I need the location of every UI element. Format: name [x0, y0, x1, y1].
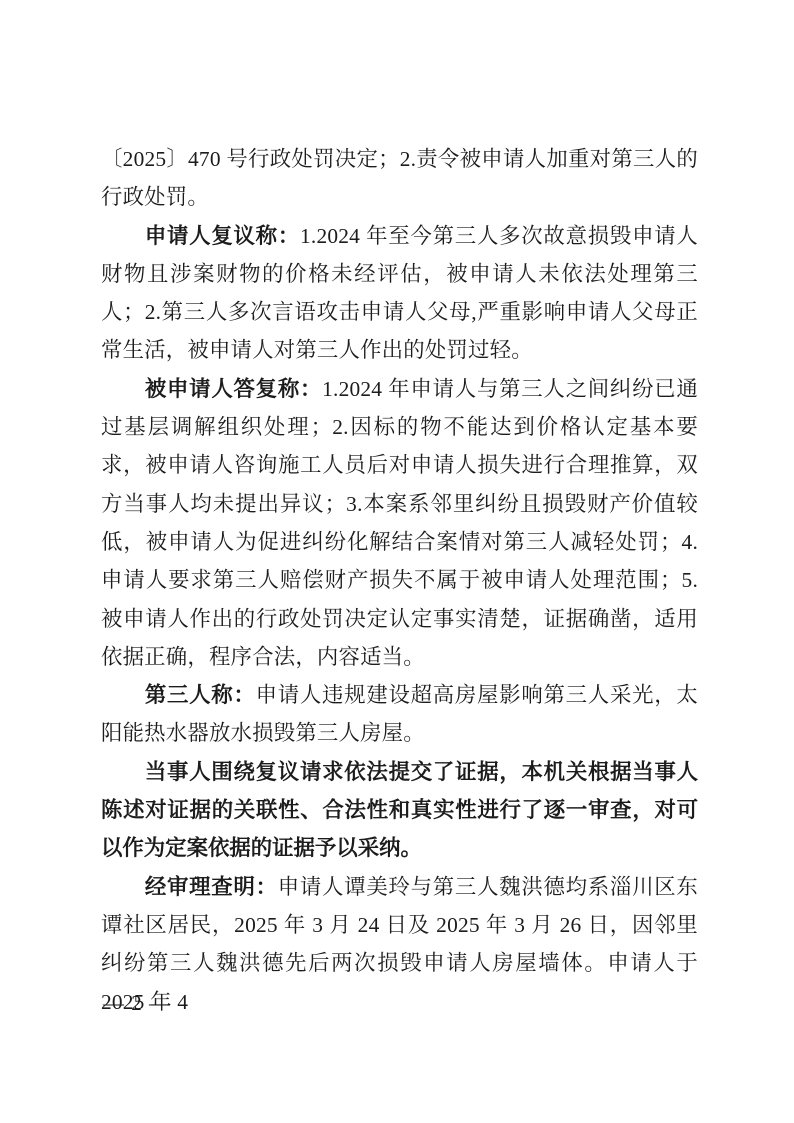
paragraph: 申请人复议称：1.2024 年至今第三人多次故意损毁申请人财物且涉案财物的价格未… — [101, 217, 698, 370]
paragraph-lead: 第三人称： — [145, 683, 256, 707]
paragraph-text: 〔2025〕470 号行政处罚决定；2.责令被申请人加重对第三人的行政处罚。 — [101, 147, 698, 209]
page-number: — 2 — — [103, 988, 171, 1018]
paragraph: 被申请人答复称：1.2024 年申请人与第三人之间纠纷已通过基层调解组织处理；2… — [101, 370, 698, 676]
paragraph: 经审理查明：申请人谭美玲与第三人魏洪德均系淄川区东谭社区居民，2025 年 3 … — [101, 868, 698, 1021]
paragraph: 〔2025〕470 号行政处罚决定；2.责令被申请人加重对第三人的行政处罚。 — [101, 140, 698, 217]
document-body: 〔2025〕470 号行政处罚决定；2.责令被申请人加重对第三人的行政处罚。 申… — [101, 140, 698, 1021]
paragraph-text: 当事人围绕复议请求依法提交了证据，本机关根据当事人陈述对证据的关联性、合法性和真… — [101, 760, 698, 861]
paragraph-text: 1.2024 年申请人与第三人之间纠纷已通过基层调解组织处理；2.因标的物不能达… — [101, 377, 698, 669]
document-page: 〔2025〕470 号行政处罚决定；2.责令被申请人加重对第三人的行政处罚。 申… — [0, 0, 794, 1123]
paragraph-emphasis: 当事人围绕复议请求依法提交了证据，本机关根据当事人陈述对证据的关联性、合法性和真… — [101, 753, 698, 868]
paragraph-lead: 经审理查明： — [145, 875, 278, 899]
paragraph-lead: 申请人复议称： — [145, 224, 300, 248]
paragraph-lead: 被申请人答复称： — [145, 377, 322, 401]
paragraph: 第三人称：申请人违规建设超高房屋影响第三人采光，太阳能热水器放水损毁第三人房屋。 — [101, 676, 698, 753]
